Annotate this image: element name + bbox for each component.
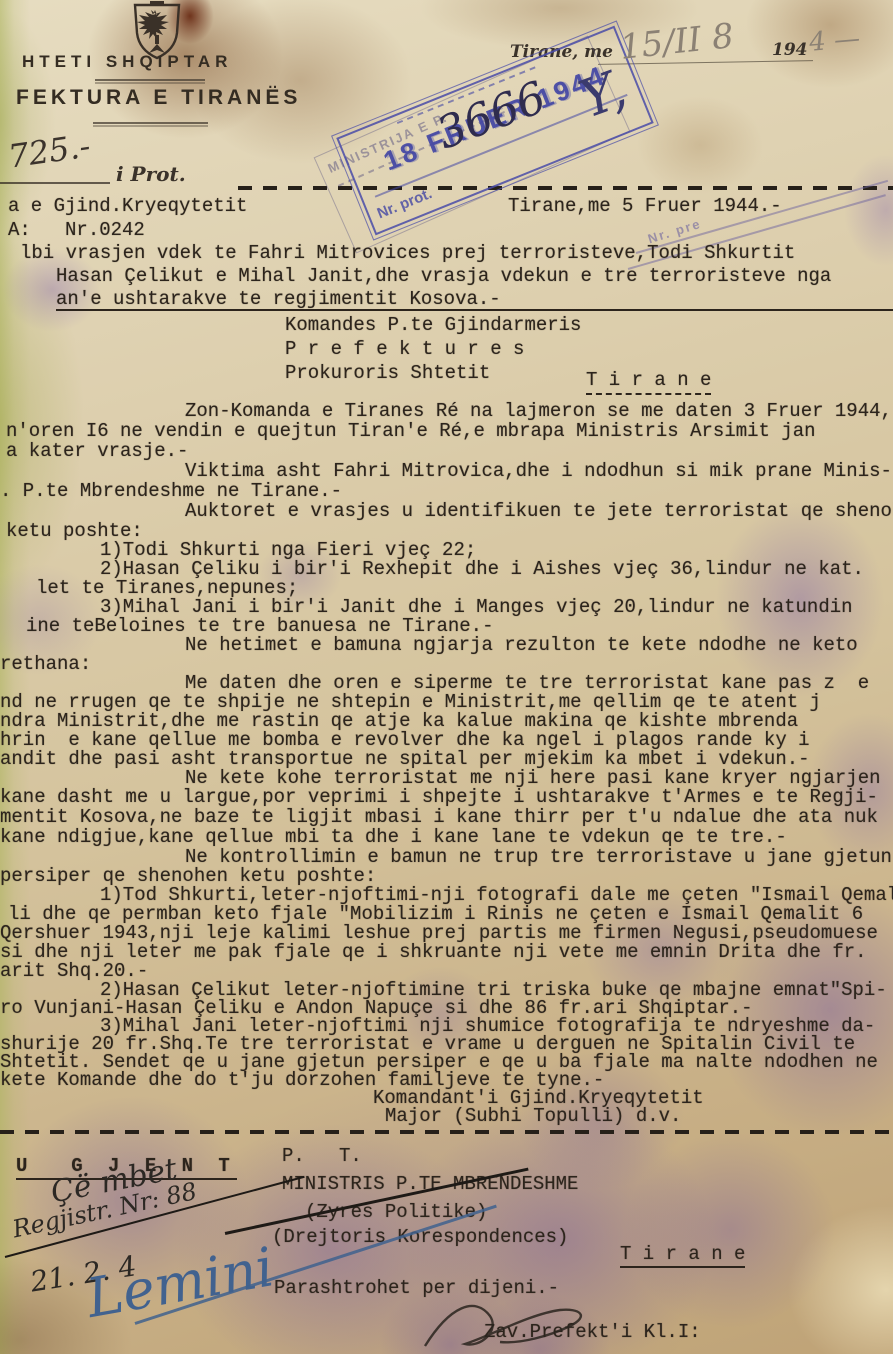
dashed-separator — [0, 1130, 893, 1134]
typewritten-line: n'oren I6 ne vendin e quejtun Tiran'e Ré… — [6, 421, 816, 441]
handwriting-note: 15/II 8 — [618, 16, 736, 68]
typewritten-line: Ne kontrollimin e bamun ne trup tre terr… — [185, 847, 892, 867]
typewritten-line: ndra Ministrit,dhe me rastin qe atje ka … — [0, 711, 798, 731]
typewritten-line: Auktoret e vrasjes u identifikuen te jet… — [185, 501, 893, 521]
typewritten-line: kane ndigjue,kane qellue mbi ta dhe i ka… — [0, 827, 787, 847]
typewritten-line: nd ne rrugen qe te shpije ne shtepin e M… — [0, 692, 821, 712]
typewritten-line: Prokuroris Shtetit — [285, 363, 490, 383]
typewritten-line: T i r a n e — [586, 370, 711, 395]
handwriting-note: 4 — — [808, 24, 861, 58]
document-page: HTETI SHQIPTAR FEKTURA E TIRANËS i Prot.… — [0, 0, 893, 1354]
typewritten-line: ketu poshte: — [6, 521, 143, 541]
typewritten-line: Major (Subhi Topulli) d.v. — [385, 1106, 681, 1126]
letterhead-office-name: FEKTURA E TIRANËS — [16, 86, 301, 110]
typewritten-line: ine teBeloines te tre banuesa ne Tirane.… — [26, 616, 493, 636]
prot-label: i Prot. — [116, 162, 186, 186]
letterhead-state-name: HTETI SHQIPTAR — [22, 52, 232, 72]
typewritten-line: li dhe qe permban keto fjale "Mobilizim … — [8, 904, 863, 924]
typewritten-line: Tirane,me 5 Fruer 1944.- — [508, 196, 782, 216]
typewritten-line: A: Nr.0242 — [8, 220, 145, 240]
typewritten-line: persiper qe shenohen ketu poshte: — [0, 866, 376, 886]
letterhead-rule — [93, 122, 208, 124]
typewritten-line: Hasan Çelikut e Mihal Janit,dhe vrasja v… — [56, 266, 831, 286]
typewritten-line: . P.te Mbrendeshme ne Tirane.- — [0, 481, 342, 501]
typewritten-line: 2)Hasan Çeliku i bir'i Rexhepit dhe i Ai… — [100, 559, 864, 579]
typewritten-line: an'e ushtarakve te regjimentit Kosova.- — [56, 289, 501, 309]
typewritten-line: andit dhe pasi asht transportue ne spita… — [0, 749, 810, 769]
typewritten-line: Me daten dhe oren e siperme te tre terro… — [185, 673, 869, 693]
typewritten-line: hrin e kane qellue me bomba e revolver d… — [0, 730, 810, 750]
typewritten-line: Zon-Komanda e Tiranes Ré na lajmeron se … — [185, 401, 892, 421]
typewritten-line: a kater vrasje.- — [6, 441, 188, 461]
typewritten-line: T i r a n e — [620, 1244, 745, 1268]
typewritten-line: si dhe nji leter me pak fjale qe i shkru… — [0, 942, 867, 962]
typewritten-line: mentit Kosova,ne baze te ligjit mbasi i … — [0, 807, 878, 827]
typewritten-line: let te Tiranes,nepunes; — [36, 578, 298, 598]
typewritten-line: arit Shq.20.- — [0, 961, 148, 981]
handwriting-note: 725.- — [6, 127, 93, 176]
letterhead-rule — [95, 82, 205, 84]
typewritten-line: Komandes P.te Gjindarmeris — [285, 315, 581, 335]
signature-scribble — [420, 1286, 620, 1354]
typewritten-line: rethana: — [0, 654, 91, 674]
typewritten-line: P. T. — [282, 1146, 362, 1166]
letterhead-rule — [95, 79, 205, 81]
typewritten-line: Ne hetimet e bamuna ngjarja rezulton te … — [185, 635, 858, 655]
typewritten-line: a e Gjind.Kryeqytetit — [8, 196, 247, 216]
date-year-printed: 194 — [772, 40, 808, 60]
typewritten-line: MINISTRIS P.TE MBRENDESHME — [282, 1174, 578, 1194]
typewritten-line: P r e f e k t u r e s — [285, 339, 524, 359]
typewritten-line: 1)Todi Shkurti nga Fieri vjeç 22; — [100, 540, 476, 560]
typewritten-line: kane dasht me u largue,por veprimi i shp… — [0, 787, 878, 807]
typewritten-line: 1)Tod Shkurti,leter-njoftimi-nji fotogra… — [100, 885, 893, 905]
prot-line — [0, 182, 110, 184]
handwriting-note: Lemini — [82, 1235, 278, 1330]
typewritten-line: Qershuer 1943,nji leje kalimi leshue pre… — [0, 923, 878, 943]
typewritten-line: lbi vrasjen vdek te Fahri Mitrovices pre… — [20, 243, 795, 263]
typewritten-line: 3)Mihal Jani i bir'i Janit dhe i Manges … — [100, 597, 853, 617]
typewritten-line: Viktima asht Fahri Mitrovica,dhe i ndodh… — [185, 461, 892, 481]
typewritten-line: Ne kete kohe terroristat me nji here pas… — [185, 768, 881, 788]
letterhead-rule — [93, 125, 208, 127]
